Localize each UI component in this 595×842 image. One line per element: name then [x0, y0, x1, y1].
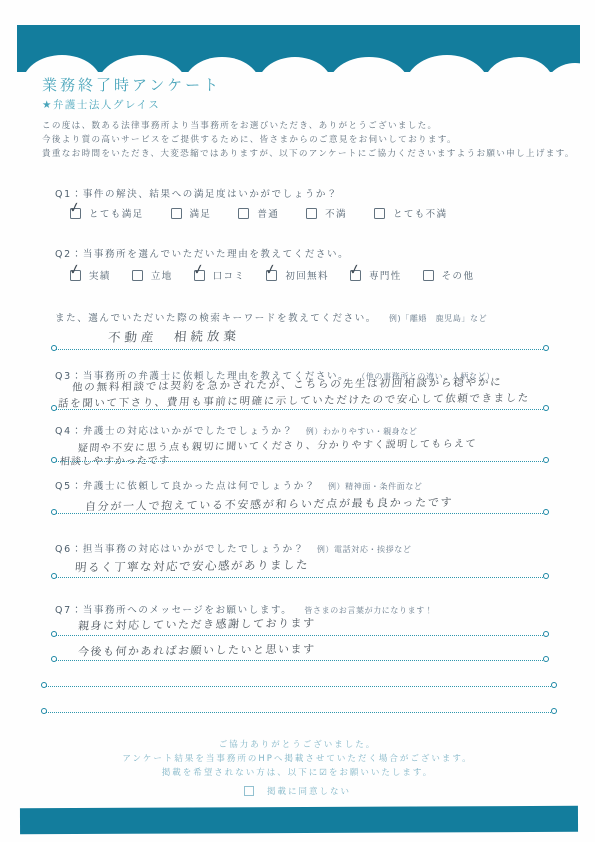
q1-option-label-4: とても不満	[393, 206, 448, 220]
line-end-dot	[51, 631, 57, 637]
keyword-question-label: また、選んでいただいた際の検索キーワードを教えてください。例)「離婚 鹿児島」な…	[55, 310, 487, 324]
q2-option-5[interactable]: その他	[423, 268, 475, 282]
line-end-dot	[543, 656, 549, 662]
keyword-answer-line	[55, 349, 545, 350]
q2-option-3[interactable]: ✓初回無料	[266, 268, 329, 282]
q2-option-label-5: その他	[442, 268, 475, 282]
line-end-dot	[551, 682, 557, 688]
line-end-dot	[543, 457, 549, 463]
q3-answer-line	[55, 409, 545, 410]
q7-label: Q7：当事務所へのメッセージをお願いします。皆さまのお言葉が力になります！	[55, 602, 433, 616]
q7-example-text: 皆さまのお言葉が力になります！	[304, 606, 433, 615]
q5-label: Q5：弁護士に依頼して良かった点は何でしょうか？例）精神面・条件面など	[55, 478, 423, 492]
top-scalloped-border	[17, 25, 580, 72]
q2-checkbox-5[interactable]	[423, 270, 434, 281]
q6-handwritten-answer: 明るく丁寧な対応で安心感がありました	[74, 557, 309, 576]
check-mark-icon: ✓	[264, 261, 280, 277]
line-end-dot	[51, 509, 57, 515]
q2-label: Q2：当事務所を選んでいただいた理由を教えてください。	[55, 246, 349, 260]
q7-handwritten-answer-line-2: 今後も何かあればお願いしたいと思います	[77, 641, 316, 660]
q4-handwritten-answer-line-2: 相談しやすかったです	[59, 451, 170, 467]
line-end-dot	[41, 708, 47, 714]
q7-answer-line-4-empty	[45, 712, 553, 713]
q7-handwritten-answer-line-1: 親身に対応していただき感謝しております	[77, 615, 316, 634]
intro-line-1: この度は、数ある法律事務所より当事務所をお選びいただき、ありがとうございました。	[42, 120, 575, 134]
q7-answer-line-1	[55, 635, 545, 636]
q2-option-label-0: 実績	[89, 268, 111, 282]
q6-question-text: Q6：担当事務の対応はいかがでしたでしょうか？	[55, 544, 305, 555]
bottom-border-bar	[20, 806, 578, 834]
q5-answer-line	[55, 513, 545, 514]
q2-option-label-1: 立地	[151, 268, 173, 282]
q6-example-text: 例）電話対応・挨拶など	[317, 545, 412, 554]
q2-checkbox-4[interactable]: ✓	[350, 270, 361, 281]
optout-row: 掲載に同意しない	[0, 785, 595, 797]
check-mark-icon: ✓	[68, 199, 84, 215]
q2-checkbox-2[interactable]: ✓	[194, 270, 205, 281]
q1-label: Q1：事件の解決、結果への満足度はいかがでしょうか？	[55, 186, 338, 200]
q1-checkbox-3[interactable]	[306, 208, 317, 219]
survey-page: 業務終了時アンケート ★弁護士法人グレイス この度は、数ある法律事務所より当事務…	[0, 0, 595, 842]
firm-name: ★弁護士法人グレイス	[42, 97, 160, 112]
line-end-dot	[551, 708, 557, 714]
q1-option-4[interactable]: とても不満	[374, 206, 448, 220]
optout-checkbox[interactable]	[244, 786, 254, 796]
footer-thanks-line: ご協力ありがとうございました。	[0, 738, 595, 750]
q2-options-row: ✓実績立地✓口コミ✓初回無料✓専門性その他	[70, 268, 474, 282]
q2-option-label-3: 初回無料	[285, 268, 329, 282]
check-mark-icon: ✓	[348, 261, 364, 277]
q1-option-label-1: 満足	[190, 206, 212, 220]
q2-option-1[interactable]: 立地	[132, 268, 173, 282]
q2-checkbox-0[interactable]: ✓	[70, 270, 81, 281]
line-end-dot	[41, 682, 47, 688]
line-end-dot	[543, 509, 549, 515]
q4-question-text: Q4：弁護士の対応はいかがでしたでしょうか？	[55, 426, 294, 437]
q1-checkbox-2[interactable]	[238, 208, 249, 219]
q1-option-label-3: 不満	[325, 206, 347, 220]
check-mark-icon: ✓	[68, 261, 84, 277]
q1-checkbox-4[interactable]	[374, 208, 385, 219]
line-end-dot	[51, 457, 57, 463]
line-end-dot	[543, 573, 549, 579]
line-end-dot	[51, 573, 57, 579]
q1-option-label-0: とても満足	[89, 206, 144, 220]
line-end-dot	[543, 631, 549, 637]
q1-option-0[interactable]: ✓とても満足	[70, 206, 144, 220]
line-end-dot	[51, 345, 57, 351]
page-title: 業務終了時アンケート	[42, 74, 221, 95]
intro-paragraph: この度は、数ある法律事務所より当事務所をお選びいただき、ありがとうございました。…	[42, 120, 575, 161]
q2-option-label-4: 専門性	[369, 268, 402, 282]
line-end-dot	[51, 405, 57, 411]
line-end-dot	[51, 656, 57, 662]
line-end-dot	[543, 345, 549, 351]
intro-line-2: 今後より質の高いサービスをご提供するために、皆さまからのご意見をお伺いしておりま…	[42, 134, 575, 148]
q1-option-3[interactable]: 不満	[306, 206, 347, 220]
q4-label: Q4：弁護士の対応はいかがでしたでしょうか？例）わかりやすい・親身など	[55, 423, 418, 437]
q6-label: Q6：担当事務の対応はいかがでしたでしょうか？例）電話対応・挨拶など	[55, 541, 411, 555]
q2-option-label-2: 口コミ	[213, 268, 246, 282]
q1-option-1[interactable]: 満足	[171, 206, 212, 220]
q5-handwritten-answer: 自分が一人で抱えている不安感が和らいだ点が最も良かったです	[84, 494, 453, 515]
q5-question-text: Q5：弁護士に依頼して良かった点は何でしょうか？	[55, 481, 316, 492]
check-mark-icon: ✓	[191, 261, 207, 277]
line-end-dot	[543, 405, 549, 411]
q2-option-0[interactable]: ✓実績	[70, 268, 111, 282]
q1-option-2[interactable]: 普通	[238, 206, 279, 220]
q2-option-2[interactable]: ✓口コミ	[194, 268, 246, 282]
q4-answer-line	[55, 461, 545, 462]
q1-checkbox-0[interactable]: ✓	[70, 208, 81, 219]
q2-option-4[interactable]: ✓専門性	[350, 268, 402, 282]
q2-checkbox-3[interactable]: ✓	[266, 270, 277, 281]
q1-checkbox-1[interactable]	[171, 208, 182, 219]
keyword-question-text: また、選んでいただいた際の検索キーワードを教えてください。	[55, 313, 377, 324]
keyword-example-text: 例)「離婚 鹿児島」など	[389, 314, 487, 323]
q6-answer-line	[55, 577, 545, 578]
keyword-handwritten-answer: 不動産 相続放棄	[107, 326, 240, 346]
q2-checkbox-1[interactable]	[132, 270, 143, 281]
q7-answer-line-3-empty	[45, 686, 553, 687]
footer-optout-instruction-line: 掲載を希望されない方は、以下に☑をお願いいたします。	[0, 766, 595, 778]
q1-option-label-2: 普通	[257, 206, 279, 220]
q1-options-row: ✓とても満足満足普通不満とても不満	[70, 206, 447, 220]
footer-publish-notice-line: アンケート結果を当事務所のHPへ掲載させていただく場合がございます。	[0, 752, 595, 764]
q7-answer-line-2	[55, 660, 545, 661]
optout-label: 掲載に同意しない	[267, 785, 351, 797]
intro-line-3: 貴重なお時間をいただき、大変恐縮ではありますが、以下のアンケートにご協力ください…	[42, 148, 575, 162]
q5-example-text: 例）精神面・条件面など	[328, 482, 423, 491]
